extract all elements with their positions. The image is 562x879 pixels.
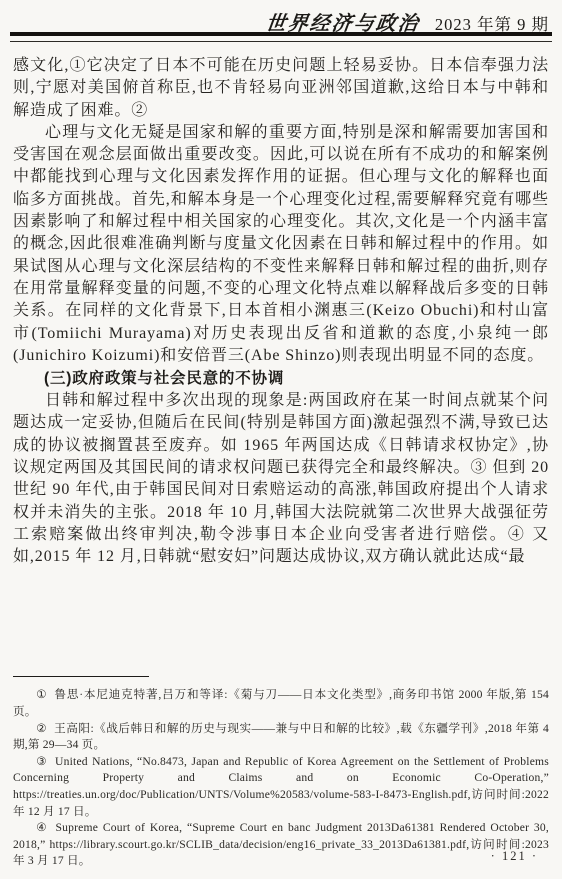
footnote-list: ①鲁思·本尼迪克特著,吕万和等译:《菊与刀——日本文化类型》,商务印书馆 200… <box>13 687 549 870</box>
footnote-separator <box>13 676 149 677</box>
footnote-2-text: 王高阳:《战后韩日和解的历史与现实——兼与中日和解的比较》,载《东疆学刊》,20… <box>13 722 549 752</box>
page-number: · 121 · <box>491 849 538 864</box>
header-rule-thick <box>10 32 552 36</box>
footnote-3: ③United Nations, “No.8473, Japan and Rep… <box>13 754 549 820</box>
header-divider <box>10 32 552 42</box>
footnote-area: ①鲁思·本尼迪克特著,吕万和等译:《菊与刀——日本文化类型》,商务印书馆 200… <box>13 676 549 870</box>
footnote-4-marker: ④ <box>36 821 48 834</box>
article-body: 感文化,①它决定了日本不可能在历史问题上轻易妥协。日本信奉强力法则,宁愿对美国俯… <box>13 55 549 569</box>
footnote-4: ④Supreme Court of Korea, “Supreme Court … <box>13 820 549 870</box>
paragraph-psychology-culture: 心理与文化无疑是国家和解的重要方面,特别是深和解需要加害国和受害国在观念层面做出… <box>13 122 549 367</box>
footnote-3-text: United Nations, “No.8473, Japan and Repu… <box>13 755 549 818</box>
journal-page: 世界经济与政治 2023 年第 9 期 感文化,①它决定了日本不可能在历史问题上… <box>0 0 562 879</box>
footnote-1-marker: ① <box>36 688 47 701</box>
footnote-1-text: 鲁思·本尼迪克特著,吕万和等译:《菊与刀——日本文化类型》,商务印书馆 2000… <box>13 688 549 718</box>
paragraph-government-policy: 日韩和解过程中多次出现的现象是:两国政府在某一时间点就某个问题达成一定妥协,但随… <box>13 390 549 568</box>
footnote-2: ②王高阳:《战后韩日和解的历史与现实——兼与中日和解的比较》,载《东疆学刊》,2… <box>13 721 549 754</box>
header-rule-thin <box>10 41 552 42</box>
footnote-4-text: Supreme Court of Korea, “Supreme Court e… <box>13 821 549 867</box>
footnote-3-marker: ③ <box>36 755 48 768</box>
paragraph-continuation: 感文化,①它决定了日本不可能在历史问题上轻易妥协。日本信奉强力法则,宁愿对美国俯… <box>13 55 549 122</box>
footnote-1: ①鲁思·本尼迪克特著,吕万和等译:《菊与刀——日本文化类型》,商务印书馆 200… <box>13 687 549 720</box>
section-heading: (三)政府政策与社会民意的不协调 <box>13 367 549 390</box>
footnote-2-marker: ② <box>36 722 47 735</box>
